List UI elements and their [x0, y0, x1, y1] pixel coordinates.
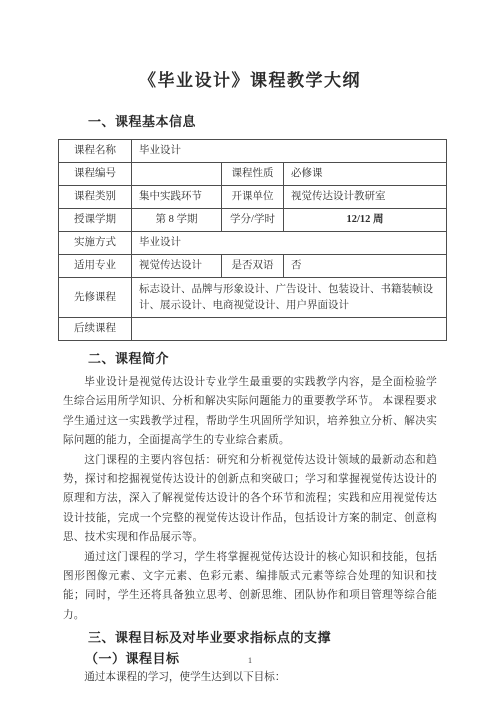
row-value2: 必修课 — [284, 163, 447, 186]
row-value: 集中实践环节 — [132, 186, 222, 209]
row-value: 毕业设计 — [132, 232, 447, 255]
intro-paragraph-2: 这门课程的主要内容包括：研究和分析视觉传达设计领域的最新动态和趋势，探讨和挖掘视… — [63, 451, 437, 548]
course-info-table: 课程名称 毕业设计 课程编号 课程性质 必修课 课程类别 集中实践环节 开课单位… — [58, 139, 447, 341]
row-label2: 课程性质 — [222, 163, 284, 186]
row-label: 适用专业 — [59, 255, 132, 278]
row-label: 后续课程 — [59, 318, 132, 341]
document-page: 《毕业设计》课程教学大纲 一、课程基本信息 课程名称 毕业设计 课程编号 课程性… — [0, 0, 500, 707]
row-label2: 开课单位 — [222, 186, 284, 209]
row-label: 实施方式 — [59, 232, 132, 255]
page-title: 《毕业设计》课程教学大纲 — [0, 0, 500, 91]
table-row-semester: 授课学期 第 8 学期 学分/学时 12/12 周 — [59, 209, 447, 232]
section-heading-objectives: 三、课程目标及对毕业要求指标点的支撑 — [88, 627, 437, 646]
page-number: 1 — [0, 656, 500, 665]
intro-paragraph-3: 通过这门课程的学习，学生将掌握视觉传达设计的核心知识和技能，包括图形图像元素、文… — [63, 548, 437, 626]
row-value: 毕业设计 — [132, 140, 447, 163]
row-label: 授课学期 — [59, 209, 132, 232]
row-value — [132, 163, 222, 186]
objectives-intro-line: 通过本课程的学习，使学生达到以下目标： — [63, 668, 437, 687]
document-content: 一、课程基本信息 课程名称 毕业设计 课程编号 课程性质 必修课 课程类别 — [63, 111, 437, 688]
row-label: 先修课程 — [59, 278, 132, 318]
row-value2: 否 — [284, 255, 447, 278]
section-heading-basic-info: 一、课程基本信息 — [88, 111, 437, 130]
row-value: 视觉传达设计 — [132, 255, 222, 278]
row-value: 第 8 学期 — [132, 209, 222, 232]
table-row-subsequent-courses: 后续课程 — [59, 318, 447, 341]
table-row-prerequisites: 先修课程 标志设计、品牌与形象设计、广告设计、包装设计、书籍装帧设计、展示设计、… — [59, 278, 447, 318]
row-value2: 视觉传达设计教研室 — [284, 186, 447, 209]
row-label: 课程名称 — [59, 140, 132, 163]
row-label: 课程类别 — [59, 186, 132, 209]
row-label2: 是否双语 — [222, 255, 284, 278]
section-heading-course-intro: 二、课程简介 — [88, 348, 437, 367]
row-value: 标志设计、品牌与形象设计、广告设计、包装设计、书籍装帧设计、展示设计、电商视觉设… — [132, 278, 447, 318]
row-value — [132, 318, 447, 341]
table-row-course-name: 课程名称 毕业设计 — [59, 140, 447, 163]
row-label: 课程编号 — [59, 163, 132, 186]
table-row-course-number: 课程编号 课程性质 必修课 — [59, 163, 447, 186]
row-label2: 学分/学时 — [222, 209, 284, 232]
row-value2: 12/12 周 — [284, 209, 447, 232]
table-row-course-category: 课程类别 集中实践环节 开课单位 视觉传达设计教研室 — [59, 186, 447, 209]
intro-paragraph-1: 毕业设计是视觉传达设计专业学生最重要的实践教学内容，是全面检验学生综合运用所学知… — [63, 373, 437, 451]
table-row-implementation: 实施方式 毕业设计 — [59, 232, 447, 255]
table-row-major: 适用专业 视觉传达设计 是否双语 否 — [59, 255, 447, 278]
